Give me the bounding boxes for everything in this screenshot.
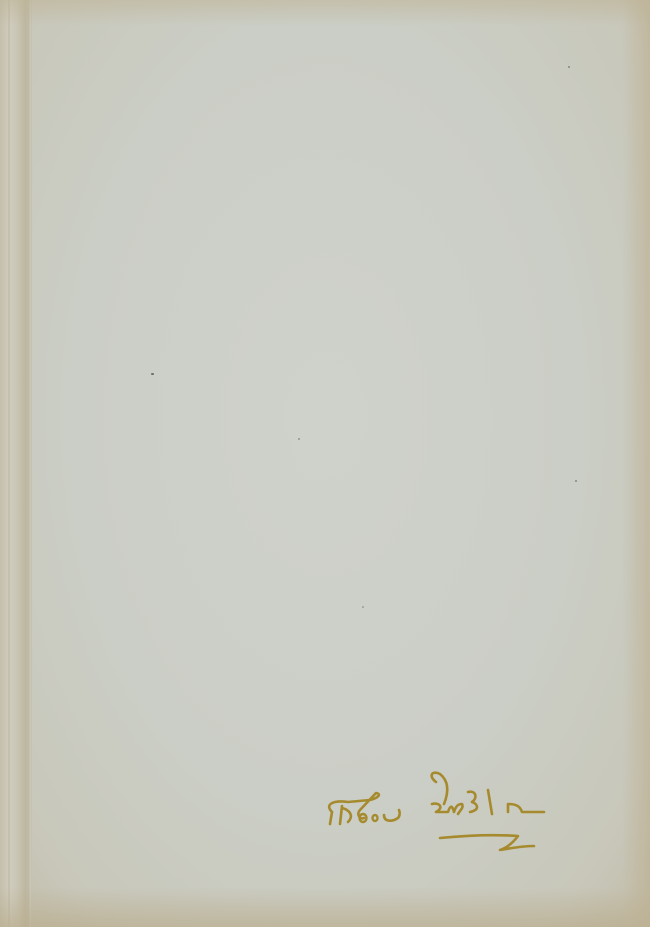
speck	[151, 373, 154, 375]
speck	[575, 480, 577, 482]
right-edge-stain	[622, 0, 650, 927]
book-cover	[0, 0, 650, 927]
gold-signature	[320, 760, 560, 855]
speck	[568, 66, 570, 68]
speck	[298, 438, 300, 440]
top-edge-stain	[0, 0, 650, 26]
spine-groove	[28, 0, 31, 927]
bottom-edge-stain	[0, 887, 650, 927]
speck	[362, 606, 364, 608]
spine-edge-line	[8, 0, 10, 927]
